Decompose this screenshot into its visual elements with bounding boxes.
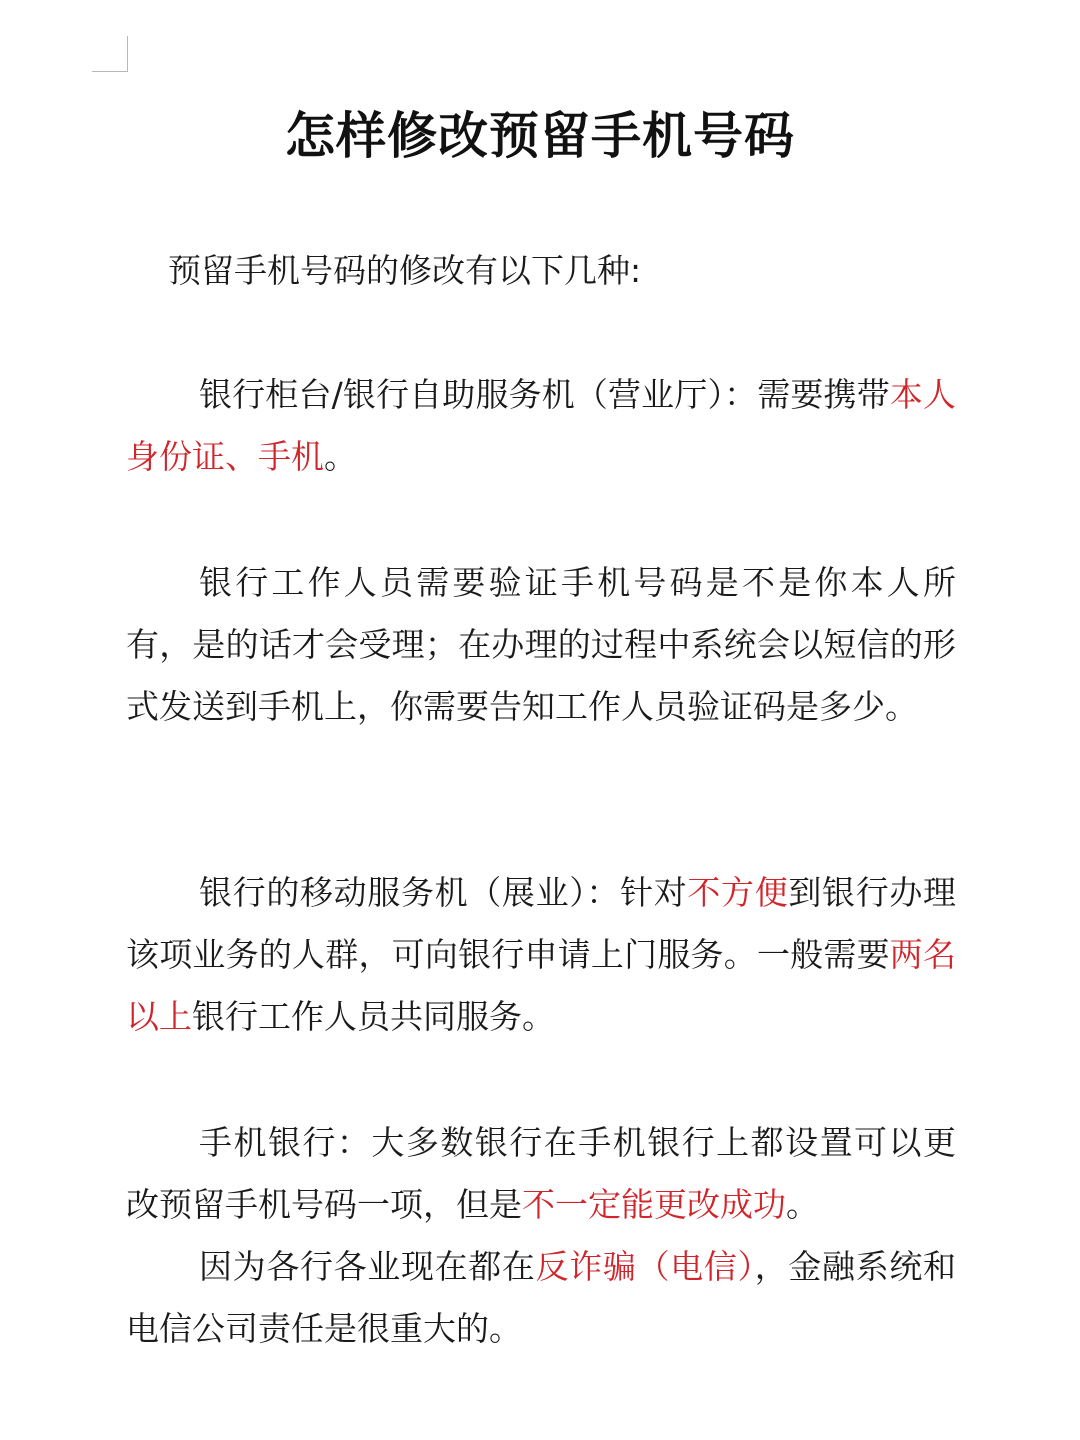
highlight-segment: 不方便 (687, 873, 788, 912)
page-corner-mark (92, 36, 128, 72)
text-segment: 银行工作人员共同服务。 (192, 997, 555, 1036)
text-segment: 银行的移动服务机（展业）：针对 (199, 873, 687, 912)
highlight-segment: 不一定能更改成功 (522, 1185, 786, 1224)
intro-text: 预留手机号码的修改有以下几种: (168, 240, 641, 302)
section-mobile-service: 银行的移动服务机（展业）：针对不方便到银行办理该项业务的人群，可向银行申请上门服… (126, 862, 956, 1048)
document-title: 怎样修改预留手机号码 (0, 96, 1080, 168)
text-segment: 。 (324, 437, 357, 476)
section-verify: 银行工作人员需要验证手机号码是不是你本人所有，是的话才会受理；在办理的过程中系统… (126, 552, 956, 738)
text-segment: 银行柜台/银行自助服务机（营业厅）：需要携带 (199, 375, 890, 414)
text-segment: 。 (786, 1185, 819, 1224)
section-counter: 银行柜台/银行自助服务机（营业厅）：需要携带本人身份证、手机。 (126, 364, 956, 488)
highlight-segment: 反诈骗（电信） (536, 1247, 755, 1286)
section-reason: 因为各行各业现在都在反诈骗（电信），金融系统和电信公司责任是很重大的。 (126, 1236, 956, 1360)
section-mobile-banking: 手机银行：大多数银行在手机银行上都设置可以更改预留手机号码一项，但是不一定能更改… (126, 1112, 956, 1236)
text-segment: 因为各行各业现在都在 (199, 1247, 536, 1286)
text-segment: 银行工作人员需要验证手机号码是不是你本人所有，是的话才会受理；在办理的过程中系统… (126, 563, 956, 726)
